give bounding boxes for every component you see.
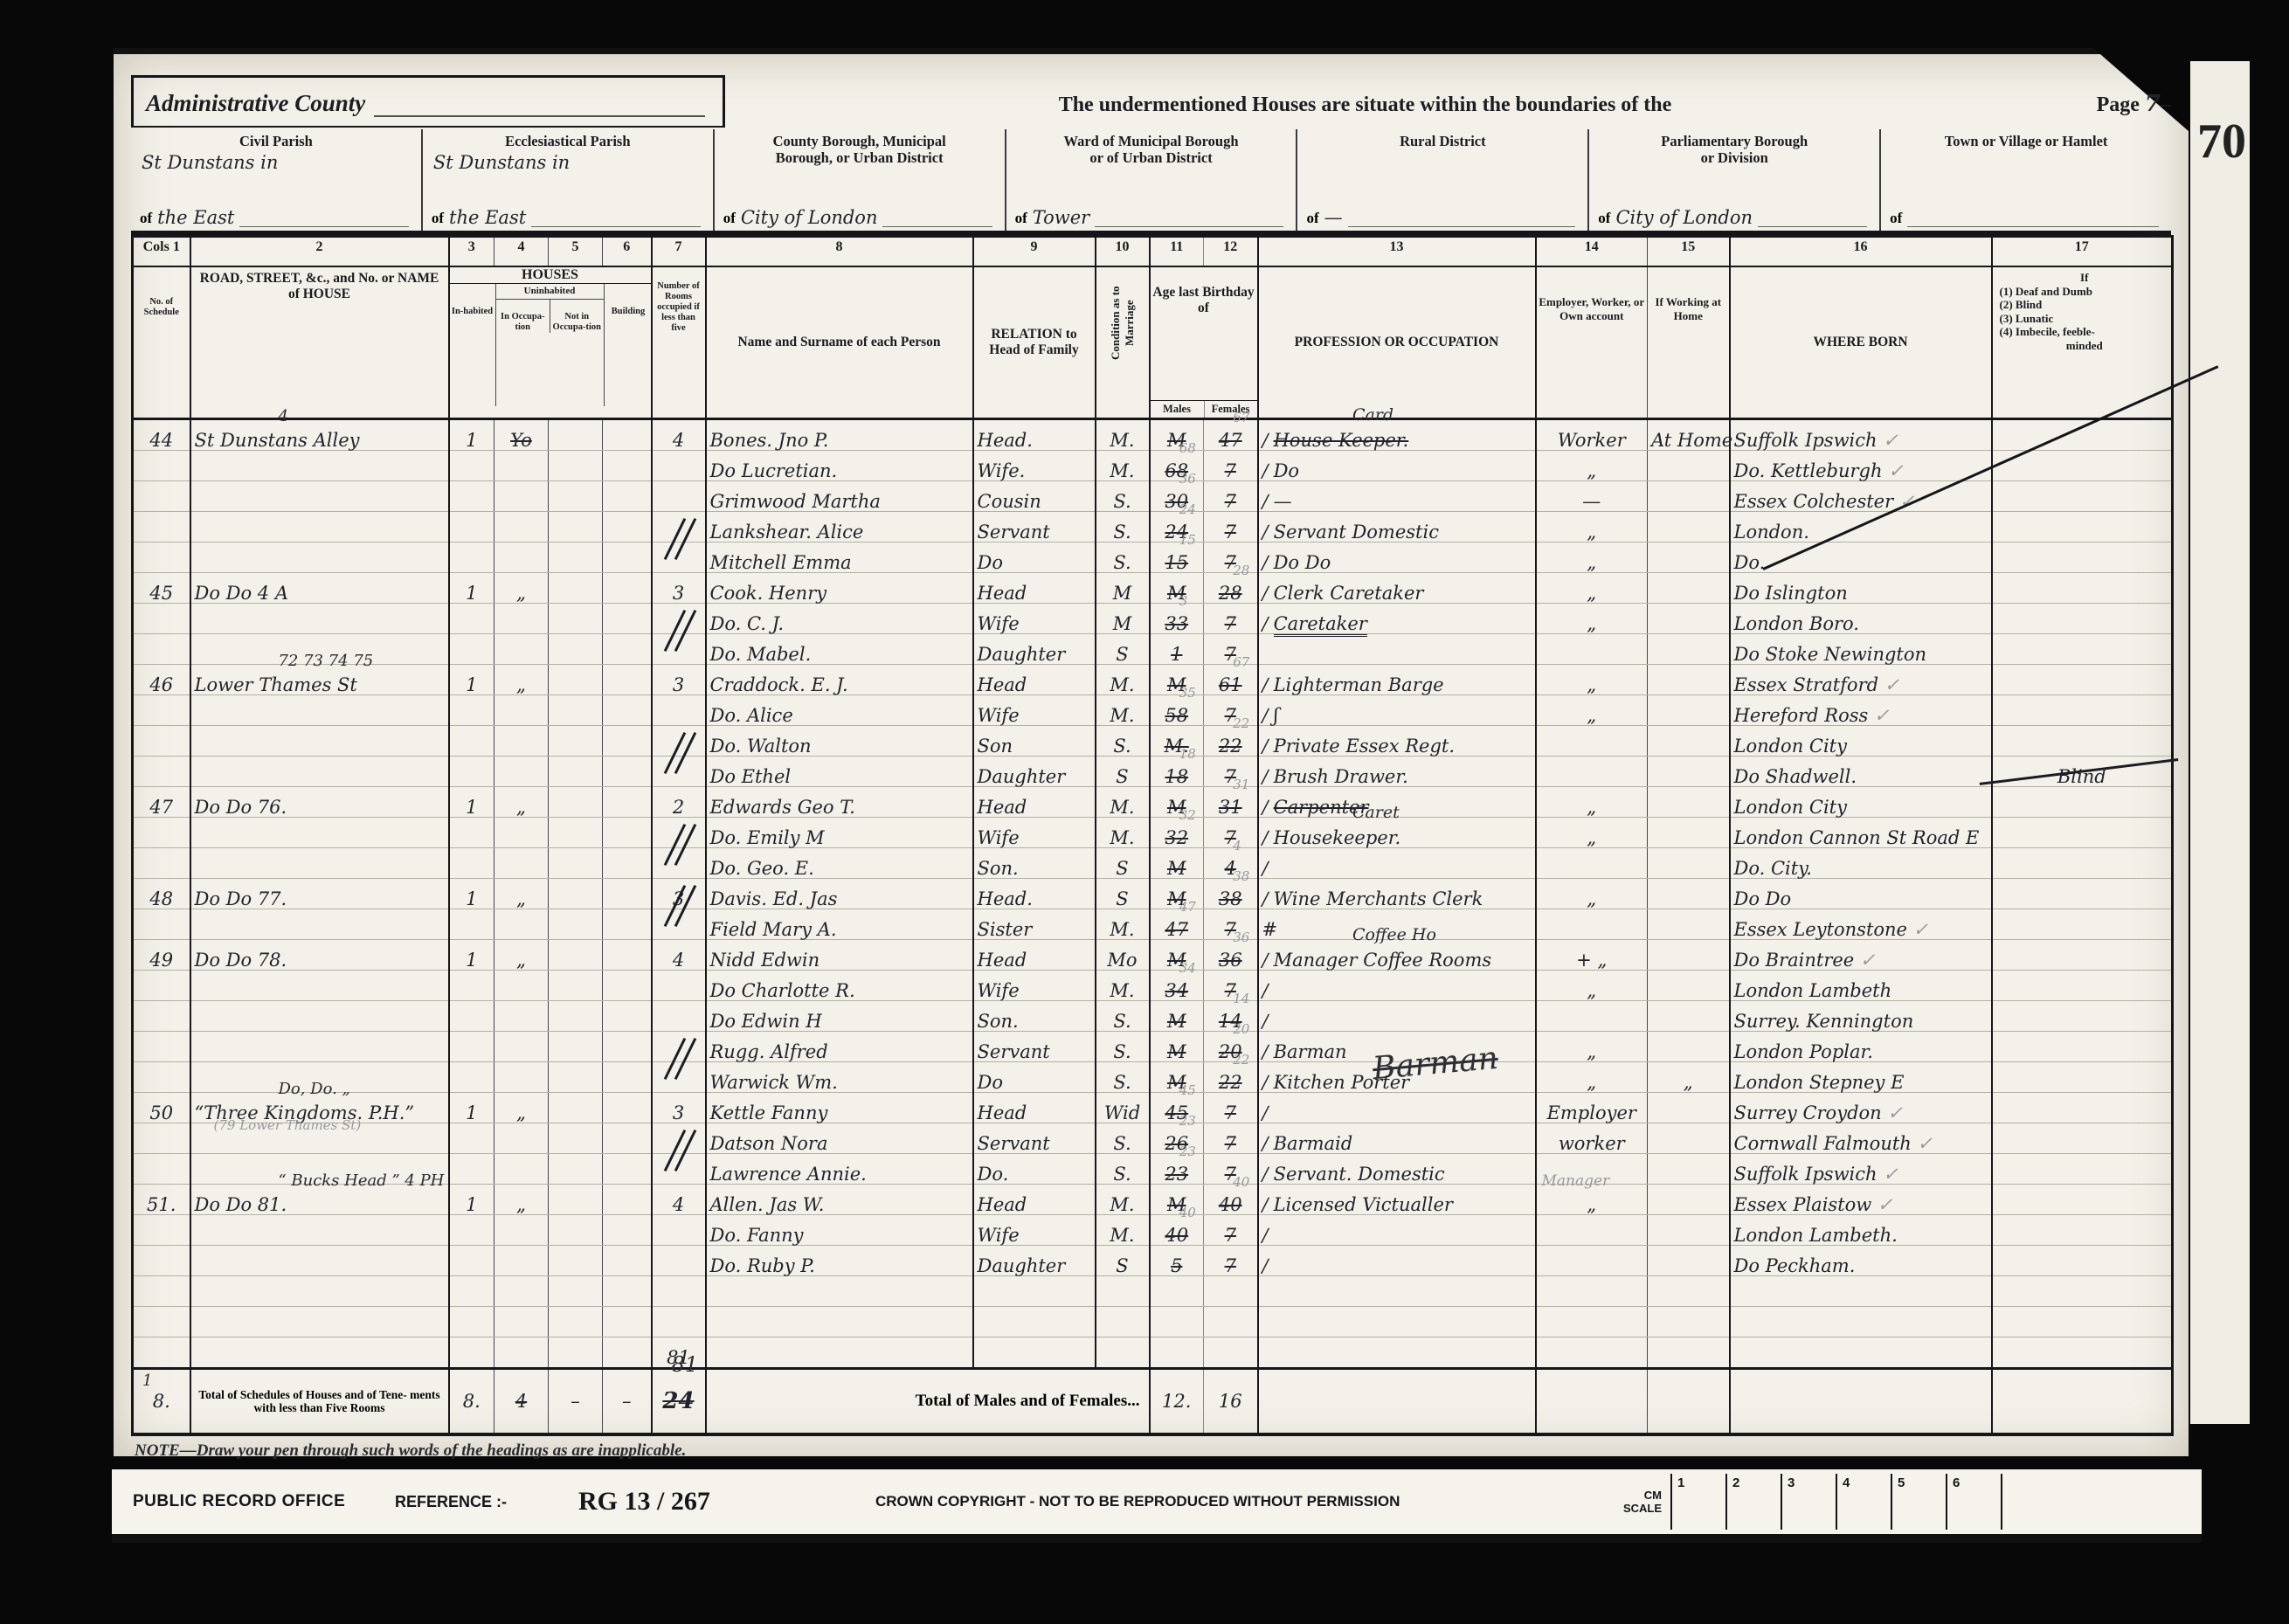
cell-schedule (133, 1337, 190, 1369)
cell-at-home (1648, 1093, 1730, 1123)
cell-uninhabited-not (549, 481, 603, 512)
cell-building (603, 909, 652, 940)
person-row: Do. Emily MWifeM.32327∕Housekeeper.Caret… (133, 818, 2173, 848)
colnum-3: 3 (449, 237, 494, 267)
cell-rooms: 4 (652, 940, 706, 971)
cell-inhabited (449, 1062, 494, 1093)
cell-age-female (1204, 1276, 1258, 1307)
cell-schedule: 49 (133, 940, 190, 971)
cell-age-female: 3636 (1204, 940, 1258, 971)
cell-uninhabited-occ (494, 1276, 549, 1307)
cell-name: Edwards Geo T. (706, 787, 973, 818)
cell-address (190, 451, 449, 481)
cell-condition: M. (1096, 787, 1150, 818)
of-word: of (723, 210, 736, 227)
cell-occupation: ∕Private Essex Regt. (1258, 726, 1536, 757)
cell-condition: M. (1096, 909, 1150, 940)
of-word: of (1598, 210, 1610, 227)
cell-uninhabited-not (549, 542, 603, 573)
cell-relation: Wife (973, 695, 1096, 726)
cell-uninhabited-not (549, 726, 603, 757)
cell-building (603, 848, 652, 879)
cell-at-home (1648, 726, 1730, 757)
town-village-label: Town or Village or Hamlet (1881, 133, 2171, 149)
cell-infirmity (1992, 1276, 2173, 1307)
header-age-group: Age last Birthday of (1152, 285, 1254, 315)
cell-rooms (652, 634, 706, 665)
ward-label2: or of Urban District (1089, 149, 1212, 166)
cell-infirmity (1992, 726, 2173, 757)
person-row: Do. Mabel.DaughterS17Do Stoke Newington (133, 634, 2173, 665)
cell-uninhabited-occ (494, 542, 549, 573)
cell-employer: — (1536, 481, 1648, 512)
cell-schedule (133, 604, 190, 634)
cell-where-born: Essex Leytonstone ✓ (1730, 909, 1992, 940)
cell-infirmity (1992, 818, 2173, 848)
footnote: NOTE—Draw your pen through such words of… (135, 1441, 2168, 1461)
colnum-7: 7 (652, 237, 706, 267)
cell-employer: „ (1536, 1062, 1648, 1093)
cell-rooms (652, 1062, 706, 1093)
header-employer: Employer, Worker, or Own account (1539, 271, 1646, 323)
cell-relation: Do. (973, 1154, 1096, 1185)
cell-employer (1536, 1307, 1648, 1337)
cell-infirmity (1992, 1215, 2173, 1246)
cell-uninhabited-occ (494, 1307, 549, 1337)
cell-rooms (652, 542, 706, 573)
cell-at-home (1648, 1185, 1730, 1215)
header-relation: RELATION to Head of Family (973, 266, 1096, 419)
cell-age-female (1204, 1307, 1258, 1337)
cell-inhabited (449, 1001, 494, 1032)
blank-line (1348, 218, 1576, 227)
cell-condition: S. (1096, 726, 1150, 757)
cell-occupation: ∕Barmaid (1258, 1123, 1536, 1154)
totals-empty-13 (1258, 1369, 1536, 1435)
cell-age-female: 2222 (1204, 726, 1258, 757)
cell-condition: Wid (1096, 1093, 1150, 1123)
cell-age-male: 1515 (1150, 542, 1204, 573)
colnum-5: 5 (549, 237, 603, 267)
cell-occupation: ∕ʃ (1258, 695, 1536, 726)
blank-line (1758, 218, 1867, 227)
cell-building (603, 1032, 652, 1062)
cell-building (603, 1337, 652, 1369)
cell-inhabited: 1 (449, 665, 494, 695)
cell-name: Davis. Ed. Jas (706, 879, 973, 909)
person-row: Do EthelDaughterS18187∕Brush Drawer.Do S… (133, 757, 2173, 787)
ruler-tick-1: 1 (1672, 1474, 1727, 1530)
cell-name: Do. Emily M (706, 818, 973, 848)
archive-footer: PUBLIC RECORD OFFICE REFERENCE :- RG 13 … (112, 1469, 2202, 1543)
cell-where-born: London Stepney E (1730, 1062, 1992, 1093)
cell-at-home (1648, 848, 1730, 879)
header-infirmity-3: (3) Lunatic (2000, 312, 2170, 326)
cell-employer (1536, 1276, 1648, 1307)
cell-name: Do Edwin H (706, 1001, 973, 1032)
cell-uninhabited-occ (494, 512, 549, 542)
of-word: of (1015, 210, 1027, 227)
cell-schedule (133, 848, 190, 879)
page-number: Page 7– (2005, 93, 2171, 129)
cell-building (603, 818, 652, 848)
cell-employer (1536, 1001, 1648, 1032)
cell-relation: Head (973, 1185, 1096, 1215)
header-houses-group: HOUSES (450, 267, 651, 284)
cell-rooms (652, 848, 706, 879)
cell-uninhabited-not (549, 971, 603, 1001)
cell-rooms (652, 1246, 706, 1276)
cell-name (706, 1276, 973, 1307)
cell-condition: M (1096, 573, 1150, 604)
cell-employer: „ (1536, 879, 1648, 909)
cell-where-born: London Cannon St Road E (1730, 818, 1992, 848)
cell-name: Do. C. J. (706, 604, 973, 634)
cell-age-male: 3232 (1150, 818, 1204, 848)
cell-age-female: 7 (1204, 481, 1258, 512)
cell-schedule: 48 (133, 879, 190, 909)
cell-age-male: 2323 (1150, 1154, 1204, 1185)
admin-county-row: Administrative County The undermentioned… (114, 54, 2189, 129)
cell-infirmity (1992, 419, 2173, 451)
cell-uninhabited-occ (494, 1062, 549, 1093)
cell-uninhabited-not (549, 1337, 603, 1369)
cell-rooms (652, 451, 706, 481)
blank-line (239, 218, 409, 227)
cell-condition: S (1096, 757, 1150, 787)
header-inhabited: In-habited (450, 284, 495, 406)
cell-at-home (1648, 481, 1730, 512)
header-males: Males (1151, 401, 1204, 418)
ruler-tick-3: 3 (1782, 1474, 1837, 1530)
cell-age-male: 5835 (1150, 695, 1204, 726)
cell-condition: S. (1096, 1001, 1150, 1032)
cell-rooms (652, 1215, 706, 1246)
cell-where-born: Hereford Ross ✓ (1730, 695, 1992, 726)
cell-occupation (1258, 1307, 1536, 1337)
cell-condition: M. (1096, 665, 1150, 695)
cell-occupation: ∕Servant. Domestic (1258, 1154, 1536, 1185)
of-word: of (432, 210, 444, 227)
totals-building: – (603, 1369, 652, 1435)
person-row: Do. WaltonSonS.M.2222∕Private Essex Regt… (133, 726, 2173, 757)
cell-relation: Servant (973, 1123, 1096, 1154)
cell-uninhabited-not (549, 512, 603, 542)
ward-box: Ward of Municipal Borough or of Urban Di… (1005, 129, 1297, 231)
cell-occupation (1258, 1276, 1536, 1307)
cell-where-born: London Lambeth. (1730, 1215, 1992, 1246)
parliamentary-borough-label: Parliamentary Borough (1661, 133, 1808, 149)
cell-schedule: 45 (133, 573, 190, 604)
cell-at-home (1648, 1032, 1730, 1062)
cell-relation: Son (973, 726, 1096, 757)
person-row: 4672 73 74 75Lower Thames St1„3Craddock.… (133, 665, 2173, 695)
header-infirmity-4: (4) Imbecile, feeble- (2000, 325, 2170, 339)
cell-infirmity (1992, 1337, 2173, 1369)
cell-employer: „ (1536, 1032, 1648, 1062)
cell-inhabited (449, 848, 494, 879)
cell-inhabited (449, 481, 494, 512)
cell-where-born: Do. (1730, 542, 1992, 573)
cell-address (190, 818, 449, 848)
cell-name: Warwick Wm. (706, 1062, 973, 1093)
cell-name: Mitchell Emma (706, 542, 973, 573)
cell-name: Lawrence Annie. (706, 1154, 973, 1185)
cell-infirmity (1992, 512, 2173, 542)
cell-schedule (133, 512, 190, 542)
cell-condition: S (1096, 634, 1150, 665)
cell-employer: „ (1536, 542, 1648, 573)
cell-age-female: 7 (1204, 512, 1258, 542)
cell-address (190, 481, 449, 512)
cell-where-born (1730, 1307, 1992, 1337)
cell-building (603, 1246, 652, 1276)
person-row: Do Lucretian.Wife.M.68687∕Do„Do. Kettleb… (133, 451, 2173, 481)
cell-relation: Head (973, 665, 1096, 695)
cell-occupation: ∕Licensed Victualler (1258, 1185, 1536, 1215)
person-row: 45Do Do 4 A1„3Cook. HenryHeadMM2828∕Cler… (133, 573, 2173, 604)
cell-condition: S. (1096, 512, 1150, 542)
cell-where-born: London Boro. (1730, 604, 1992, 634)
cell-age-female: 7 (1204, 818, 1258, 848)
cell-condition: S. (1096, 481, 1150, 512)
cell-employer: worker (1536, 1123, 1648, 1154)
cell-building (603, 1185, 652, 1215)
county-borough-label: County Borough, Municipal (773, 133, 946, 149)
cell-relation: Son. (973, 848, 1096, 879)
cell-occupation: ∕Servant Domestic (1258, 512, 1536, 542)
cell-employer: „ (1536, 604, 1648, 634)
colnum-15: 15 (1648, 237, 1730, 267)
cell-schedule (133, 542, 190, 573)
colnum-2: 2 (190, 237, 449, 267)
person-row: Do. Geo. E.Son.SM44∕Do. City. (133, 848, 2173, 879)
rural-district-box: Rural District of — (1296, 129, 1587, 231)
cell-inhabited (449, 1215, 494, 1246)
person-row (133, 1276, 2173, 1307)
cell-where-born: Cornwall Falmouth ✓ (1730, 1123, 1992, 1154)
cell-rooms (652, 757, 706, 787)
header-schedule: No. of Schedule (135, 271, 188, 318)
cell-inhabited (449, 451, 494, 481)
totals-in-occupation: 4 (515, 1391, 527, 1412)
person-row: Field Mary A.SisterM.47477#Essex Leytons… (133, 909, 2173, 940)
header-condition: Condition as to Marriage (1109, 271, 1137, 376)
cell-at-home (1648, 695, 1730, 726)
totals-females: 16 (1204, 1369, 1258, 1435)
cell-address (190, 757, 449, 787)
cell-employer: „ (1536, 971, 1648, 1001)
cell-at-home (1648, 1123, 1730, 1154)
cell-age-male: 1 (1150, 634, 1204, 665)
cell-uninhabited-occ (494, 971, 549, 1001)
cell-employer (1536, 757, 1648, 787)
cell-employer: „ (1536, 787, 1648, 818)
cell-address: 72 73 74 75Lower Thames St (190, 665, 449, 695)
cell-rooms: 4 (652, 419, 706, 451)
cell-building (603, 481, 652, 512)
county-borough-label2: Borough, or Urban District (776, 149, 944, 166)
cell-at-home (1648, 512, 1730, 542)
cell-condition: M. (1096, 1185, 1150, 1215)
cell-at-home (1648, 1307, 1730, 1337)
cell-uninhabited-occ (494, 481, 549, 512)
totals-inhabited: 8. (449, 1369, 494, 1435)
cell-building (603, 419, 652, 451)
cell-infirmity (1992, 1307, 2173, 1337)
cell-infirmity (1992, 1123, 2173, 1154)
cell-condition: S. (1096, 1062, 1150, 1093)
census-table: Cols 1 2 3 4 5 6 7 8 9 10 11 12 13 14 15… (131, 235, 2174, 1436)
admin-county-label: Administrative County (146, 90, 365, 117)
blank-line (531, 218, 701, 227)
folio-number: 70 (2190, 61, 2250, 169)
cell-name: Do. Alice (706, 695, 973, 726)
cell-where-born: Suffolk Ipswich ✓ (1730, 1154, 1992, 1185)
cell-address (190, 1246, 449, 1276)
cell-name: Lankshear. Alice (706, 512, 973, 542)
header-uninhabited-group: Uninhabited (496, 284, 604, 300)
ecclesiastical-parish-value: the East (449, 209, 526, 227)
colnum-9: 9 (973, 237, 1096, 267)
cell-occupation: ∕Housekeeper.Caret (1258, 818, 1536, 848)
totals-empty-14 (1536, 1369, 1648, 1435)
colnum-8: 8 (706, 237, 973, 267)
cell-where-born: Suffolk Ipswich ✓ (1730, 419, 1992, 451)
colnum-12: 12 (1204, 237, 1258, 267)
header-at-home: If Working at Home (1649, 271, 1727, 323)
cell-age-female: 6167 (1204, 665, 1258, 695)
person-row: Mitchell EmmaDoS.15157∕Do Do„Do. (133, 542, 2173, 573)
cell-age-male: M (1150, 1001, 1204, 1032)
cell-age-male: 4040 (1150, 1215, 1204, 1246)
cell-age-male: M (1150, 848, 1204, 879)
cell-occupation: ∕Do Do (1258, 542, 1536, 573)
cell-infirmity (1992, 695, 2173, 726)
cell-rooms: 3 (652, 573, 706, 604)
cell-inhabited (449, 1276, 494, 1307)
cell-schedule (133, 818, 190, 848)
cell-where-born: Do Peckham. (1730, 1246, 1992, 1276)
cell-condition: M. (1096, 695, 1150, 726)
cell-inhabited (449, 1154, 494, 1185)
cell-rooms: 4 (652, 1185, 706, 1215)
footer-scale-label: CM SCALE (1557, 1489, 1670, 1515)
cell-condition: M (1096, 604, 1150, 634)
person-row: Do. FannyWifeM.40407∕London Lambeth. (133, 1215, 2173, 1246)
cell-building (603, 787, 652, 818)
cell-at-home: At Home (1648, 419, 1730, 451)
cell-employer (1536, 1337, 1648, 1369)
cell-uninhabited-occ (494, 909, 549, 940)
cell-where-born: Surrey Croydon ✓ (1730, 1093, 1992, 1123)
cell-relation: Head (973, 787, 1096, 818)
parliamentary-borough-label2: or Division (1701, 149, 1768, 166)
cell-uninhabited-occ (494, 1154, 549, 1185)
cell-condition (1096, 1307, 1150, 1337)
cell-at-home (1648, 451, 1730, 481)
cell-employer (1536, 1246, 1648, 1276)
cell-infirmity (1992, 573, 2173, 604)
cell-infirmity (1992, 1154, 2173, 1185)
cell-condition: Mo (1096, 940, 1150, 971)
person-row: 81 (133, 1337, 2173, 1369)
cell-uninhabited-occ (494, 1337, 549, 1369)
header-road: ROAD, STREET, &c., and No. or NAME of HO… (190, 266, 449, 419)
cell-inhabited (449, 818, 494, 848)
cell-uninhabited-occ (494, 451, 549, 481)
cell-uninhabited-occ: „ (494, 879, 549, 909)
civil-parish-value-top: St Dunstans in (142, 154, 278, 172)
cell-age-female: 3838 (1204, 879, 1258, 909)
cell-at-home (1648, 909, 1730, 940)
admin-county-blank-line (374, 96, 705, 117)
cell-infirmity (1992, 1062, 2173, 1093)
cell-age-female: 2222 (1204, 1062, 1258, 1093)
cell-uninhabited-not (549, 909, 603, 940)
cell-schedule (133, 634, 190, 665)
cell-where-born: Surrey. Kennington (1730, 1001, 1992, 1032)
header-infirmity-5: minded (2000, 339, 2170, 353)
ward-value: Tower (1033, 209, 1089, 227)
cell-rooms: 2 (652, 787, 706, 818)
cell-uninhabited-occ (494, 604, 549, 634)
cell-age-female: 7 (1204, 451, 1258, 481)
cell-where-born: Essex Stratford ✓ (1730, 665, 1992, 695)
cell-name: Cook. Henry (706, 573, 973, 604)
cell-uninhabited-not (549, 1032, 603, 1062)
person-row: 47Do Do 76.1„2Edwards Geo T.HeadM.M3131∕… (133, 787, 2173, 818)
column-header-row: No. of Schedule ROAD, STREET, &c., and N… (133, 266, 2173, 419)
cell-age-male: M (1150, 1032, 1204, 1062)
cell-building (603, 1001, 652, 1032)
cell-age-female: 2828 (1204, 573, 1258, 604)
cell-address (190, 726, 449, 757)
header-infirmity-2: (2) Blind (2000, 298, 2170, 312)
person-row: Do. AliceWifeM.58357∕ʃ„Hereford Ross ✓ (133, 695, 2173, 726)
cell-schedule (133, 1276, 190, 1307)
cell-age-female (1204, 1337, 1258, 1369)
cell-where-born: London City (1730, 726, 1992, 757)
cell-inhabited (449, 1246, 494, 1276)
cell-age-female: 3131 (1204, 787, 1258, 818)
totals-label: Total of Schedules of Houses and of Tene… (190, 1369, 449, 1435)
header-name: Name and Surname of each Person (706, 266, 973, 419)
cell-occupation: ∕ (1258, 971, 1536, 1001)
cell-infirmity: Blind (1992, 757, 2173, 787)
cell-relation: Servant (973, 1032, 1096, 1062)
cell-inhabited (449, 1123, 494, 1154)
cell-relation: Wife. (973, 451, 1096, 481)
footer-office: PUBLIC RECORD OFFICE (112, 1492, 395, 1511)
cell-rooms: 3 (652, 665, 706, 695)
cell-at-home (1648, 757, 1730, 787)
totals-row: 1 8. Total of Schedules of Houses and of… (133, 1369, 2173, 1435)
cell-infirmity (1992, 1246, 2173, 1276)
cell-address: 4St Dunstans Alley (190, 419, 449, 451)
cell-employer (1536, 726, 1648, 757)
header-building: Building (604, 284, 653, 406)
cell-inhabited (449, 634, 494, 665)
cell-uninhabited-occ: „ (494, 1185, 549, 1215)
totals-males: 12. (1150, 1369, 1204, 1435)
cell-inhabited (449, 726, 494, 757)
cell-employer (1536, 634, 1648, 665)
cell-name: Rugg. Alfred (706, 1032, 973, 1062)
cell-infirmity (1992, 634, 2173, 665)
cell-building (603, 757, 652, 787)
cell-address (190, 695, 449, 726)
